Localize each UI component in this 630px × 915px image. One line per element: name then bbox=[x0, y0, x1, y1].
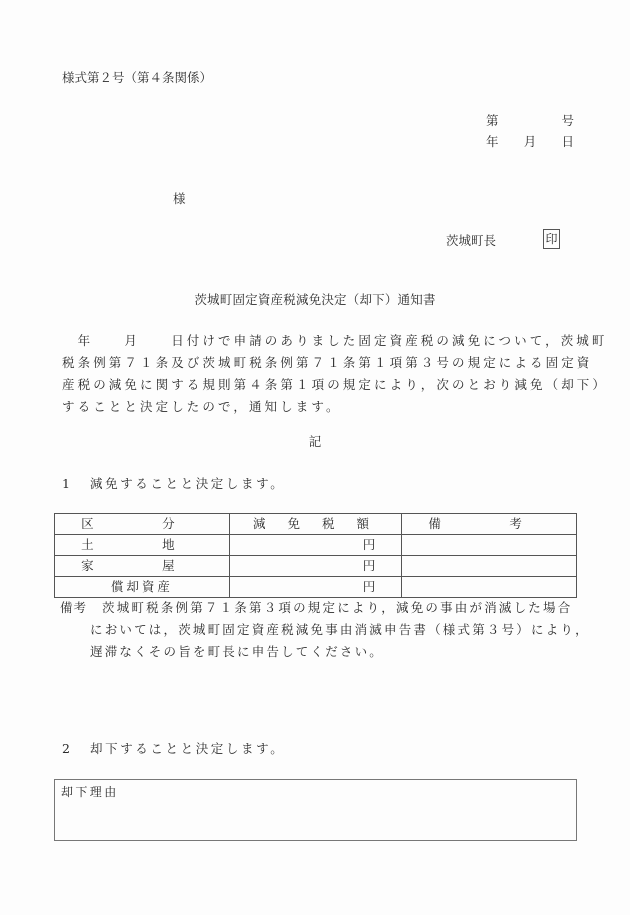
document-number: 第 号 bbox=[486, 110, 574, 131]
remarks-line: 遅滞なくその旨を町長に申告してください。 bbox=[60, 641, 590, 663]
sender-name: 茨城町長 bbox=[446, 231, 496, 249]
reduction-amount-table: 区 分 減 免 税 額 備 考 土 地 円 家 屋 円 償却資産 円 bbox=[54, 513, 577, 598]
doc-number-prefix: 第 bbox=[486, 110, 499, 131]
table-row: 償却資産 円 bbox=[55, 577, 577, 598]
section-1-number: 1 bbox=[62, 476, 90, 491]
date-month: 月 bbox=[524, 131, 537, 152]
document-title: 茨城町固定資産税減免決定（却下）通知書 bbox=[0, 290, 630, 308]
remarks-block: 備考茨城町税条例第７１条第３項の規定により，減免の事由が消滅した場合 においては… bbox=[60, 597, 590, 663]
amount-cell[interactable]: 円 bbox=[229, 535, 402, 556]
header-note: 備 考 bbox=[402, 514, 577, 535]
header-category: 区 分 bbox=[55, 514, 230, 535]
note-cell[interactable] bbox=[402, 535, 577, 556]
category-cell: 償却資産 bbox=[55, 577, 230, 598]
remarks-line: においては，茨城町固定資産税減免事由消滅申告書（様式第３号）により， bbox=[60, 619, 590, 641]
doc-number-suffix: 号 bbox=[561, 110, 574, 131]
remarks-label: 備考 bbox=[60, 597, 102, 619]
table-row: 土 地 円 bbox=[55, 535, 577, 556]
body-line: 年 月 日付けで申請のありました固定資産税の減免について，茨城町 bbox=[62, 330, 582, 352]
table-row: 家 屋 円 bbox=[55, 556, 577, 577]
note-cell[interactable] bbox=[402, 577, 577, 598]
note-cell[interactable] bbox=[402, 556, 577, 577]
form-number: 様式第２号（第４条関係） bbox=[62, 68, 212, 86]
section-2-number: 2 bbox=[62, 741, 90, 756]
remarks-text: 茨城町税条例第７１条第３項の規定により，減免の事由が消滅した場合 bbox=[102, 600, 572, 615]
issue-date: 年 月 日 bbox=[486, 131, 574, 152]
body-line: 産税の減免に関する規則第４条第１項の規定により，次のとおり減免（却下） bbox=[62, 374, 582, 396]
addressee-honorific: 様 bbox=[173, 189, 186, 207]
table-header-row: 区 分 減 免 税 額 備 考 bbox=[55, 514, 577, 535]
amount-cell[interactable]: 円 bbox=[229, 577, 402, 598]
category-cell: 土 地 bbox=[55, 535, 230, 556]
date-year: 年 bbox=[486, 131, 499, 152]
seal-stamp-box: 印 bbox=[543, 229, 560, 249]
section-2-text: 却下することと決定します。 bbox=[90, 741, 285, 756]
amount-cell[interactable]: 円 bbox=[229, 556, 402, 577]
document-number-block: 第 号 年 月 日 bbox=[486, 110, 574, 152]
section-1-heading: 1減免することと決定します。 bbox=[62, 474, 285, 492]
date-day: 日 bbox=[561, 131, 574, 152]
section-1-text: 減免することと決定します。 bbox=[90, 476, 285, 491]
body-paragraph: 年 月 日付けで申請のありました固定資産税の減免について，茨城町 税条例第７１条… bbox=[62, 330, 582, 418]
body-line: することと決定したので，通知します。 bbox=[62, 396, 582, 418]
body-line: 税条例第７１条及び茨城町税条例第７１条第１項第３号の規定による固定資 bbox=[62, 352, 582, 374]
rejection-reason-box[interactable]: 却下理由 bbox=[54, 779, 577, 841]
ki-heading: 記 bbox=[0, 432, 630, 450]
category-cell: 家 屋 bbox=[55, 556, 230, 577]
section-2-heading: 2却下することと決定します。 bbox=[62, 739, 285, 757]
remarks-line: 備考茨城町税条例第７１条第３項の規定により，減免の事由が消滅した場合 bbox=[60, 597, 590, 619]
rejection-reason-label: 却下理由 bbox=[61, 783, 119, 800]
header-amount: 減 免 税 額 bbox=[229, 514, 402, 535]
